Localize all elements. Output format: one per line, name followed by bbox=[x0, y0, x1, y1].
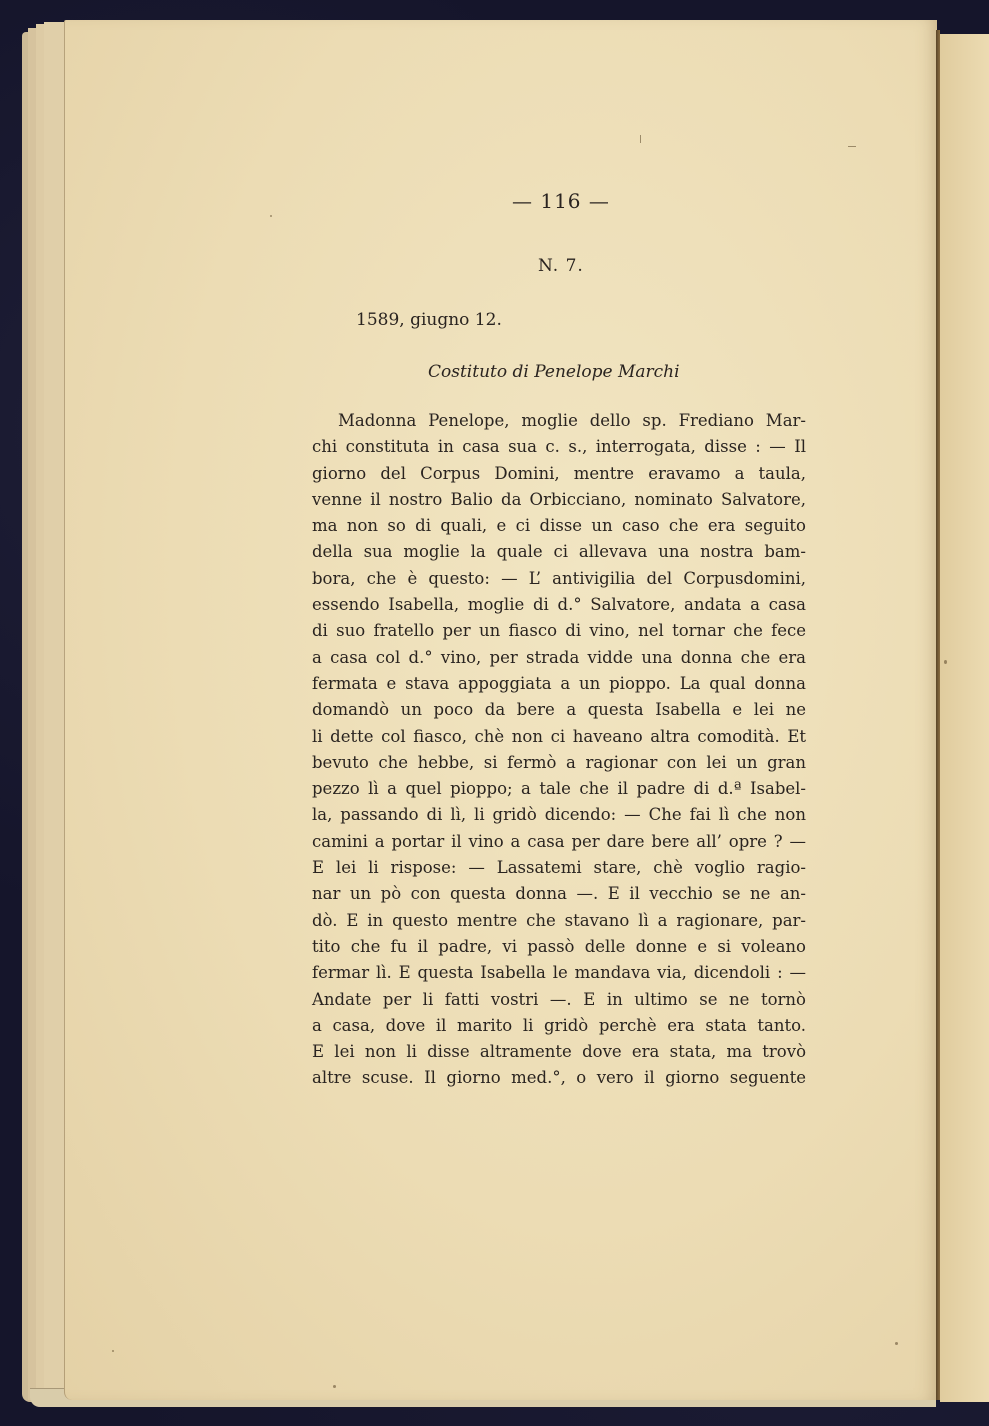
text-line: Andate per li fatti vostri —. E in ultim… bbox=[312, 987, 806, 1013]
text-line: li dette col fiasco, chè non ci haveano … bbox=[312, 724, 806, 750]
text-line: fermata e stava appoggiata a un pioppo. … bbox=[312, 671, 806, 697]
text-line: della sua moglie la quale ci allevava un… bbox=[312, 539, 806, 565]
paper-speck bbox=[640, 135, 641, 143]
text-line: altre scuse. Il giorno med.°, o vero il … bbox=[312, 1065, 806, 1091]
text-line: a casa, dove il marito li gridò perchè e… bbox=[312, 1013, 806, 1039]
text-line: tito che fu il padre, vi passò delle don… bbox=[312, 934, 806, 960]
text-line: bora, che è questo: — L’ antivigilia del… bbox=[312, 566, 806, 592]
body-text: Madonna Penelope, moglie dello sp. Fredi… bbox=[312, 408, 806, 1092]
text-line: bevuto che hebbe, si fermò a ragionar co… bbox=[312, 750, 806, 776]
text-line: nar un pò con questa donna —. E il vecch… bbox=[312, 881, 806, 907]
paper-speck bbox=[333, 1385, 336, 1388]
text-line: essendo Isabella, moglie di d.° Salvator… bbox=[312, 592, 806, 618]
text-line: domandò un poco da bere a questa Isabell… bbox=[312, 697, 806, 723]
text-line: E lei non li disse altramente dove era s… bbox=[312, 1039, 806, 1065]
text-line: la, passando di lì, li gridò dicendo: — … bbox=[312, 802, 806, 828]
document-title: Costituto di Penelope Marchi bbox=[428, 362, 680, 382]
page-number: — 116 — bbox=[512, 189, 610, 213]
text-line: di suo fratello per un fiasco di vino, n… bbox=[312, 618, 806, 644]
text-line: fermar lì. E questa Isabella le mandava … bbox=[312, 960, 806, 986]
document-number: N. 7. bbox=[538, 256, 584, 276]
text-line: chi constituta in casa sua c. s., interr… bbox=[312, 434, 806, 460]
paper-speck bbox=[944, 660, 947, 664]
text-line: camini a portar il vino a casa per dare … bbox=[312, 829, 806, 855]
facing-page-edge bbox=[940, 34, 989, 1402]
paper-speck bbox=[895, 1342, 898, 1345]
text-line: a casa col d.° vino, per strada vidde un… bbox=[312, 645, 806, 671]
text-line: E lei li rispose: — Lassatemi stare, chè… bbox=[312, 855, 806, 881]
text-line: pezzo lì a quel pioppo; a tale che il pa… bbox=[312, 776, 806, 802]
paper-speck bbox=[848, 146, 856, 147]
paper-speck bbox=[112, 1350, 114, 1352]
text-line: venne il nostro Balio da Orbicciano, nom… bbox=[312, 487, 806, 513]
document-date: 1589, giugno 12. bbox=[356, 310, 502, 330]
text-line: giorno del Corpus Domini, mentre eravamo… bbox=[312, 461, 806, 487]
text-line: ma non so di quali, e ci disse un caso c… bbox=[312, 513, 806, 539]
text-line: dò. E in questo mentre che stavano lì a … bbox=[312, 908, 806, 934]
text-line: Madonna Penelope, moglie dello sp. Fredi… bbox=[312, 408, 806, 434]
paper-speck bbox=[270, 215, 272, 217]
